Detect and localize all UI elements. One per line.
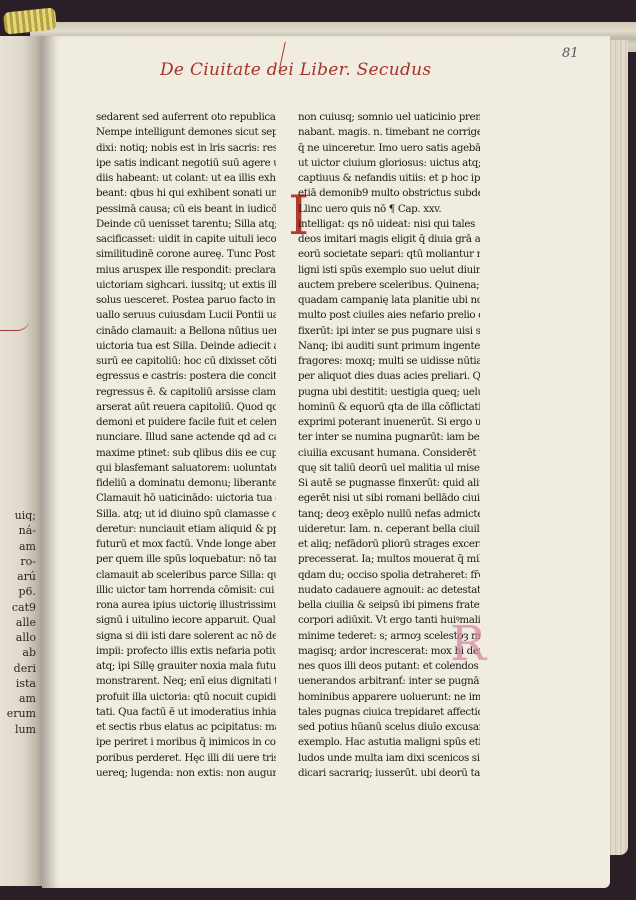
text-line: illic uictor tam horrenda cōmisit: cui c… — [96, 583, 276, 598]
text-line: similitudinē corone aureę. Tunc Postu- — [96, 247, 276, 262]
text-line: quę sit taliū deorū uel malitia ul miser… — [298, 461, 480, 476]
text-line: pugna ubi destitit: uestigia queq; uelut — [298, 385, 480, 400]
text-line: ciuilia excusant humana. Considerēt tn̄ — [298, 446, 480, 461]
text-line: et aliq; nefādorū pliorū strages excerād… — [298, 537, 480, 552]
text-line: exprimi poterant inuenerūt. Si ergo uera… — [298, 415, 480, 430]
text-line: uictoria tua est Silla. Deinde adiecit a… — [96, 339, 276, 354]
text-line: fixerūt: ipi inter se pus pugnare uisi s… — [298, 324, 480, 339]
text-line: ludos unde multa iam dixi scenicos sibi — [298, 751, 480, 766]
text-line: signa si dii isti dare solerent ac nō de… — [96, 629, 276, 644]
text-line: nunciare. Illud sane actende qd ad causa… — [96, 430, 276, 445]
text-line: tanq; deoȝ exēplo nullū nefas admicter- — [298, 507, 480, 522]
text-line: qui blasfemant saluatorem: uoluntates — [96, 461, 276, 476]
text-line: etiā demonib9 multo obstrictus subderet. — [298, 186, 480, 201]
text-line: Nanq; ibi auditi sunt primum ingentes — [298, 339, 480, 354]
text-line: nabant. magis. n. timebant ne corrigeret — [298, 125, 480, 140]
text-line: uictoriam sighcari. iussitq; ut extis il… — [96, 278, 276, 293]
text-line: beant: qbus hi qui exhibent sonati una; — [96, 186, 276, 201]
text-line: non cuiusq; somnio uel uaticinio prenun- — [298, 110, 480, 125]
text-line: uiq; — [0, 506, 36, 521]
text-line: tati. Qua factū ē ut imoderatius inhians — [96, 705, 276, 720]
text-line: et sectis rbus elatus ac pcipitatus: mag… — [96, 720, 276, 735]
text-line: eorū societate separi: qtū moliantur ma- — [298, 247, 480, 262]
text-line: multo post ciuiles aies nefario prelio c… — [298, 308, 480, 323]
text-line: ligni isti spūs exemplo suo uelut diuina… — [298, 263, 480, 278]
text-line: hominibus apparere uoluerunt: ne imitari — [298, 690, 480, 705]
left-page-text-fragments: uiq;ná-amro-arúp6.cat9allealloabderiista… — [0, 506, 40, 735]
text-line: intelligat: qs nō uideat: nisi qui tales — [298, 217, 480, 232]
text-line: sed potius hūanū scelus diuīo excusaret — [298, 720, 480, 735]
text-line: ro- — [0, 552, 36, 567]
text-line: maxime ptinet: sub qlibus diis ee cupiāt — [96, 446, 276, 461]
text-line: solus uesceret. Postea paruo facto inter… — [96, 293, 276, 308]
text-line: deri — [0, 659, 36, 674]
text-line: allo — [0, 628, 36, 643]
text-line: deos imitari magis eligit q̄ diuia grā a… — [298, 232, 480, 247]
text-line: egressus e castris: postera die concitat… — [96, 369, 276, 384]
running-title: De Ciuitate dei Liber. Secudus — [160, 60, 431, 80]
text-line: impii: profecto illis extis nefaria poti… — [96, 644, 276, 659]
text-line: mius aruspex ille respondit: preclara; e… — [96, 263, 276, 278]
text-line: demoni et puidere facile fuit et celerri… — [96, 415, 276, 430]
text-line: quadam campanię lata planitie ubi non — [298, 293, 480, 308]
text-line: ab — [0, 643, 36, 658]
text-line: ut uictor ciuium gloriosus: uictus atq; — [298, 156, 480, 171]
text-line: dixi: notiq; nobis est in lris sacris: r… — [96, 141, 276, 156]
text-line: monstrarent. Neq; enī eius dignitati tm̄ — [96, 674, 276, 689]
text-line: sacificasset: uidit in capite uituli iec… — [96, 232, 276, 247]
text-line: am — [0, 689, 36, 704]
text-line: precesserat. Ia; multos mouerat q̄ miles — [298, 552, 480, 567]
text-line: ipe satis indicant negotiū suū agere ut,… — [96, 156, 276, 171]
text-line: uideretur. Iam. n. ceperant bella ciuili… — [298, 522, 480, 537]
text-line: profuit illa uictoria: qtū nocuit cupidi… — [96, 690, 276, 705]
text-line: arú — [0, 567, 36, 582]
text-line: am — [0, 537, 36, 552]
text-line: ipe periret i moribus q̄ inimicos in cor… — [96, 735, 276, 750]
text-line: Si autē se pugnasse finxerūt: quid aliud — [298, 476, 480, 491]
left-page-edge: uiq;ná-amro-arúp6.cat9allealloabderiista… — [0, 36, 42, 886]
text-line: cat9 — [0, 598, 36, 613]
text-line: Silla. atq; ut id diuino spū clamasse cr… — [96, 507, 276, 522]
text-column-left: sedarent sed auferrent oto republica;Nem… — [96, 110, 276, 781]
text-line: uereq; lugenda: non extis: non auguriis — [96, 766, 276, 781]
text-line: poribus perderet. Hęc illi dii uere tris… — [96, 751, 276, 766]
text-line: surū ee capitoliū: hoc cū dixisset cōtin… — [96, 354, 276, 369]
text-line: Clamauit hō uaticinādo: uictoria tua est — [96, 491, 276, 506]
text-line: p6. — [0, 582, 36, 597]
text-line: Llinc uero quis nō ¶ Cap. xxv. — [298, 202, 480, 217]
text-line: Nempe intelligunt demones sicut sepe iā — [96, 125, 276, 140]
text-line: nudato cadauere agnouit: ac detestatus — [298, 583, 480, 598]
text-line: erum — [0, 704, 36, 719]
text-line: ista — [0, 674, 36, 689]
text-line: clamauit ab sceleribus parce Silla: quę — [96, 568, 276, 583]
recto-page: 81 De Ciuitate dei Liber. Secudus sedare… — [42, 36, 610, 888]
text-line: alle — [0, 613, 36, 628]
text-line: diis habeant: ut colant: ut ea illis exh… — [96, 171, 276, 186]
text-line: fragores: moxq; multi se uidisse nūtiast… — [298, 354, 480, 369]
text-line: signū i uitulino iecore apparuit. Qualia — [96, 613, 276, 628]
text-line: auctem prebere sceleribus. Quinena; in — [298, 278, 480, 293]
text-line: fideliū a dominatu demonu; liberantem. — [96, 476, 276, 491]
text-line: exemplo. Hac astutia maligni spūs etiam — [298, 735, 480, 750]
text-line: tales pugnas ciuica trepidaret affectio: — [298, 705, 480, 720]
text-line: uenerandos arbitranť: inter se pugnātes — [298, 674, 480, 689]
text-line: qdam du; occiso spolia detraheret: fr̄em — [298, 568, 480, 583]
text-line: cinādo clamauit: a Bellona nūtius uenio. — [96, 324, 276, 339]
text-line: egerēt nisi ut sibi romani bellādo ciuil… — [298, 491, 480, 506]
text-line: ná- — [0, 521, 36, 536]
text-line: per aliquot dies duas acies preliari. Qu… — [298, 369, 480, 384]
text-line: pessimā causa; cū eis beant in iudicō de… — [96, 202, 276, 217]
text-line: futurū et mox factū. Vnde longe aberat — [96, 537, 276, 552]
marginal-rubric-mark: R — [450, 616, 486, 672]
text-line: hominū & equorū qta de illa cōflictatiōe — [298, 400, 480, 415]
text-line: q̄ ne uinceretur. Imo uero satis agebāt: — [298, 141, 480, 156]
text-line: Deinde cū uenisset tarentu; Silla atq; i… — [96, 217, 276, 232]
text-line: dicari sacrariq; iusserūt. ubi deorū tan… — [298, 766, 480, 781]
text-line: per quem ille spūs loquebatur: nō tamen — [96, 552, 276, 567]
text-line: sedarent sed auferrent oto republica; — [96, 110, 276, 125]
rubric-stroke — [0, 318, 30, 331]
text-line: atq; ipi Sillę grauiter noxia mala futur… — [96, 659, 276, 674]
text-line: regressus ē. & capitoliū arsisse clamaui… — [96, 385, 276, 400]
text-line: deretur: nunciauit etiam aliquid & ppe — [96, 522, 276, 537]
folio-number: 81 — [562, 46, 579, 61]
text-line: captiuus & nefandis uitiis: et p hoc ipi… — [298, 171, 480, 186]
text-line: rona aurea ipius uictorię illustrissimum — [96, 598, 276, 613]
text-line: lum — [0, 720, 36, 735]
text-line: arserat aūt reuera capitoliū. Quod qdem — [96, 400, 276, 415]
text-column-right: non cuiusq; somnio uel uaticinio prenun-… — [298, 110, 480, 781]
text-line: ter inter se numina pugnarūt: iam bella — [298, 430, 480, 445]
text-line: uallo seruus cuiusdam Lucii Pontii uati- — [96, 308, 276, 323]
text-line: bella ciuilia & seipsū ibi pimens frater… — [298, 598, 480, 613]
